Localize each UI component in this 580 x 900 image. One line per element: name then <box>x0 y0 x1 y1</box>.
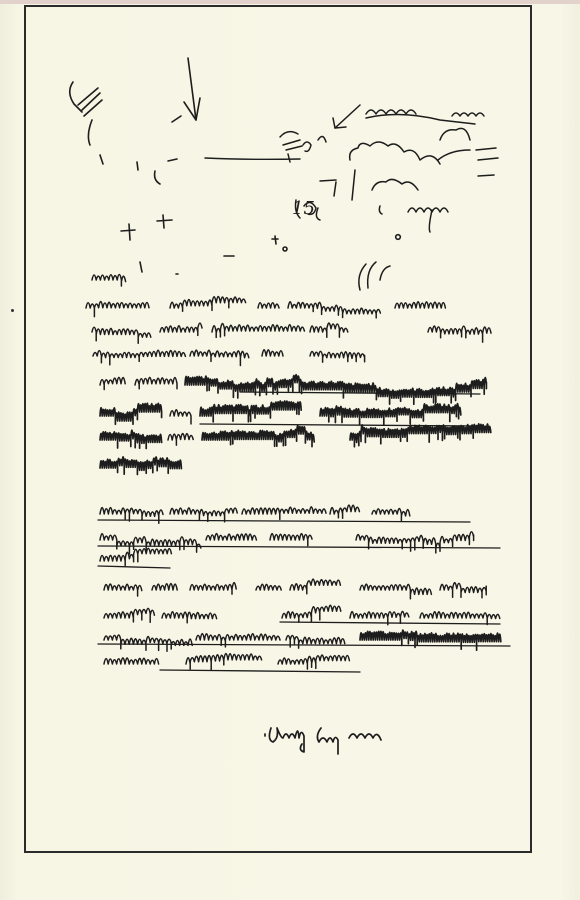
handwritten-word <box>170 297 246 312</box>
handwritten-word <box>242 507 326 520</box>
handwritten-word <box>310 323 348 337</box>
handwritten-word <box>104 608 154 622</box>
handwritten-word <box>190 350 249 365</box>
sketch-hatching-left <box>70 82 181 184</box>
handwritten-word <box>170 508 237 522</box>
handwritten-word <box>310 351 365 362</box>
strike-through-line <box>160 670 360 672</box>
sketch-crosses <box>121 215 400 274</box>
handwritten-word <box>278 655 349 669</box>
arrow-down-icon <box>184 58 200 120</box>
handwritten-word <box>162 612 217 623</box>
handwritten-text-body: 15 <box>86 198 510 672</box>
handwritten-word <box>186 653 262 669</box>
handwritten-word <box>202 425 314 446</box>
handwritten-word <box>160 323 202 335</box>
handwritten-word <box>395 302 445 308</box>
handwritten-word <box>290 579 340 594</box>
handwritten-word <box>330 505 359 518</box>
strike-through-line <box>98 644 510 646</box>
strike-through-line <box>280 622 500 624</box>
handwritten-word <box>104 635 192 651</box>
handwritten-word <box>360 630 501 650</box>
handwritten-word <box>428 326 491 342</box>
signature <box>265 728 381 754</box>
strike-through-line <box>200 424 480 426</box>
handwritten-word <box>86 301 149 316</box>
handwritten-word <box>92 327 151 343</box>
handwritten-word <box>100 430 162 448</box>
handwritten-word <box>256 584 281 590</box>
signature-stroke <box>265 728 381 754</box>
handwritten-word <box>135 377 177 388</box>
strike-through-line <box>98 566 170 568</box>
handwritten-word <box>185 375 486 405</box>
handwritten-word <box>258 303 279 308</box>
handwritten-word <box>100 403 162 424</box>
handwritten-word <box>440 583 486 598</box>
handwritten-word <box>168 434 193 446</box>
handwritten-word <box>104 584 142 596</box>
handwritten-word <box>282 605 341 622</box>
manuscript-page: 15 <box>0 0 580 900</box>
handwritten-word <box>288 302 380 318</box>
handwritten-word <box>92 275 126 286</box>
handwritten-word <box>262 350 283 356</box>
sketch-horizontal-rule <box>205 158 300 159</box>
handwritten-word <box>190 583 236 594</box>
handwritten-word <box>270 534 312 546</box>
handwritten-word <box>372 509 410 522</box>
handwritten-word <box>360 584 431 599</box>
numeral-label: 15 <box>292 198 315 219</box>
handwritten-word <box>100 457 181 475</box>
handwritten-word <box>206 534 256 540</box>
handwriting-canvas: 15 <box>0 0 580 900</box>
handwritten-word <box>200 401 301 422</box>
handwritten-word <box>152 584 177 590</box>
handwritten-word <box>420 612 500 625</box>
handwritten-word <box>100 548 171 565</box>
handwritten-word <box>170 410 191 424</box>
handwritten-word <box>212 323 304 337</box>
handwritten-word <box>286 635 345 648</box>
handwritten-word <box>356 532 474 553</box>
handwritten-word <box>93 350 185 364</box>
handwritten-word <box>350 424 491 447</box>
handwritten-word <box>100 377 125 389</box>
handwritten-word <box>320 404 461 425</box>
strike-through-line <box>98 520 470 522</box>
handwritten-word <box>104 658 159 664</box>
